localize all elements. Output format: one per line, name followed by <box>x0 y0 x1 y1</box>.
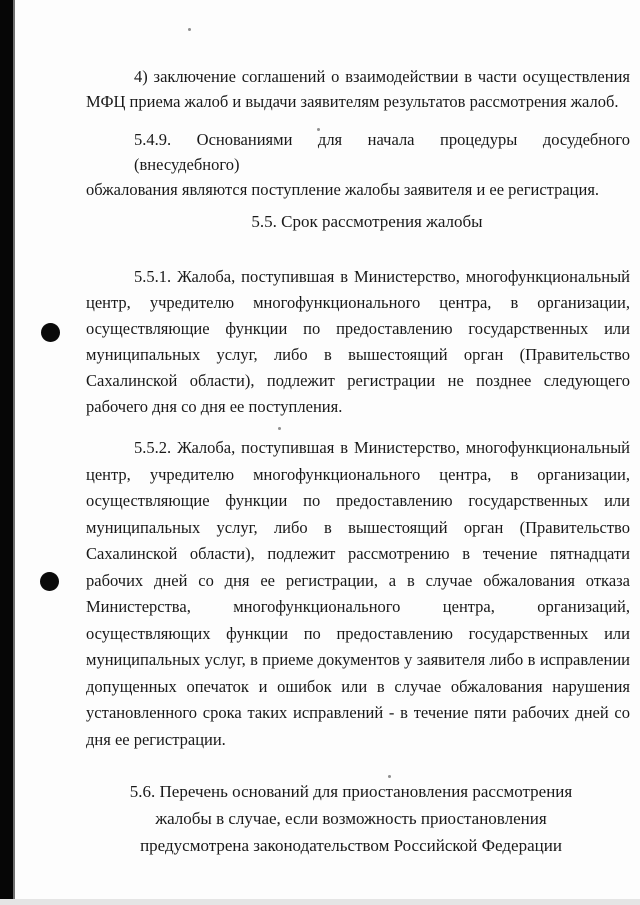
text-line: рабочих дней со дня ее регистрации, а в … <box>86 568 630 595</box>
paragraph-clause-5-5-2: 5.5.2. Жалоба, поступившая в Министерств… <box>86 435 630 753</box>
paragraph-clause-5-4-9: 5.4.9. Основаниями для начала процедуры … <box>86 127 630 202</box>
text-line: установленного срока таких исправлений -… <box>86 700 630 727</box>
text-line: центр, учредителю многофункционального ц… <box>86 290 630 316</box>
text-line: муниципальных услуг, в приеме документов… <box>86 647 630 674</box>
hole-punch-mark <box>40 572 59 591</box>
text-line: обжалования являются поступление жалобы … <box>86 177 630 202</box>
text-line: муниципальных услуг, либо в вышестоящий … <box>86 342 630 368</box>
scan-speck <box>278 427 281 430</box>
text-line: 5.4.9. Основаниями для начала процедуры … <box>86 127 630 177</box>
text-line: Сахалинской области), подлежит регистрац… <box>86 368 630 394</box>
section-heading-5-6: 5.6. Перечень оснований для приостановле… <box>86 778 630 859</box>
text-line: 4) заключение соглашений о взаимодействи… <box>86 64 630 89</box>
text-line: дня ее регистрации. <box>86 727 630 754</box>
scanned-document-page: 4) заключение соглашений о взаимодействи… <box>0 0 640 905</box>
text-line: 5.5.1. Жалоба, поступившая в Министерств… <box>86 264 630 290</box>
scan-edge-gray-line <box>13 0 15 905</box>
text-line: МФЦ приема жалоб и выдачи заявителям рез… <box>86 89 630 114</box>
hole-punch-mark <box>41 323 60 342</box>
scan-bottom-shadow <box>0 899 640 905</box>
scan-edge-black-strip <box>0 0 13 905</box>
scan-speck <box>188 28 191 31</box>
text-line: осуществляющие функции по предоставлению… <box>86 316 630 342</box>
paragraph-clause-5-5-1: 5.5.1. Жалоба, поступившая в Министерств… <box>86 264 630 420</box>
text-line: Сахалинской области), подлежит рассмотре… <box>86 541 630 568</box>
text-line: допущенных опечаток и ошибок или в случа… <box>86 674 630 701</box>
text-line: Министерства, многофункционального центр… <box>86 594 630 621</box>
text-line: осуществляющих функции по предоставлению… <box>86 621 630 648</box>
text-line: осуществляющие функции по предоставлению… <box>86 488 630 515</box>
heading-line: 5.6. Перечень оснований для приостановле… <box>86 778 616 805</box>
text-line: рабочего дня со дня ее поступления. <box>86 394 630 420</box>
heading-line: 5.5. Срок рассмотрения жалобы <box>104 209 630 235</box>
text-line: центр, учредителю многофункционального ц… <box>86 462 630 489</box>
heading-line: жалобы в случае, если возможность приост… <box>86 805 616 832</box>
section-heading-5-5: 5.5. Срок рассмотрения жалобы <box>86 209 630 235</box>
text-line: 5.5.2. Жалоба, поступившая в Министерств… <box>86 435 630 462</box>
paragraph-clause-4: 4) заключение соглашений о взаимодействи… <box>86 64 630 114</box>
text-line: муниципальных услуг, либо в вышестоящий … <box>86 515 630 542</box>
heading-line: предусмотрена законодательством Российск… <box>86 832 616 859</box>
